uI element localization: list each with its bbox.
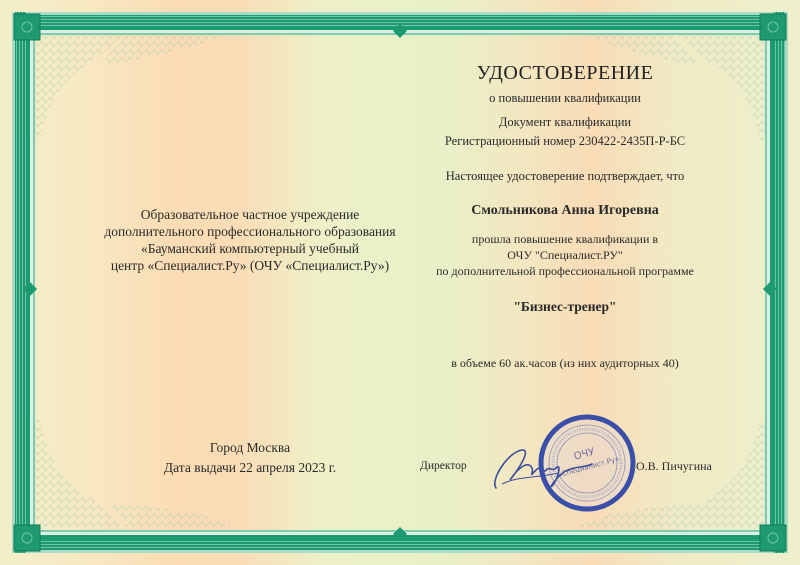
issuer-line-3: «Бауманский компьютерный учебный (70, 240, 430, 257)
director-name: О.В. Пичугина (636, 459, 712, 474)
certificate-title: УДОСТОВЕРЕНИЕ (440, 62, 690, 85)
issuer-line-1: Образовательное частное учреждение (70, 206, 430, 223)
program-name: "Бизнес-тренер" (420, 299, 710, 315)
completed-line-3: по дополнительной профессиональной прогр… (410, 264, 720, 279)
document-type: Документ квалификации (440, 115, 690, 130)
holder-name: Смольникова Анна Игоревна (420, 203, 710, 219)
completed-line-1: прошла повышение квалификации в (420, 232, 710, 247)
issue-date: Дата выдачи 22 апреля 2023 г. (70, 459, 430, 476)
certificate-subtitle: о повышении квалификации (440, 91, 690, 106)
hours-text: в объеме 60 ак.часов (из них аудиторных … (420, 356, 710, 371)
issuer-line-4: центр «Специалист.Ру» (ОЧУ «Специалист.Р… (70, 257, 430, 274)
signature-icon (488, 440, 598, 495)
registration-number: Регистрационный номер 230422-2435П-Р-БС (420, 134, 710, 149)
confirms-text: Настоящее удостоверение подтверждает, чт… (420, 169, 710, 184)
completed-line-2: ОЧУ "Специалист.РУ" (420, 248, 710, 263)
issuer-line-2: дополнительного профессионального образо… (70, 223, 430, 240)
city: Город Москва (70, 439, 430, 456)
